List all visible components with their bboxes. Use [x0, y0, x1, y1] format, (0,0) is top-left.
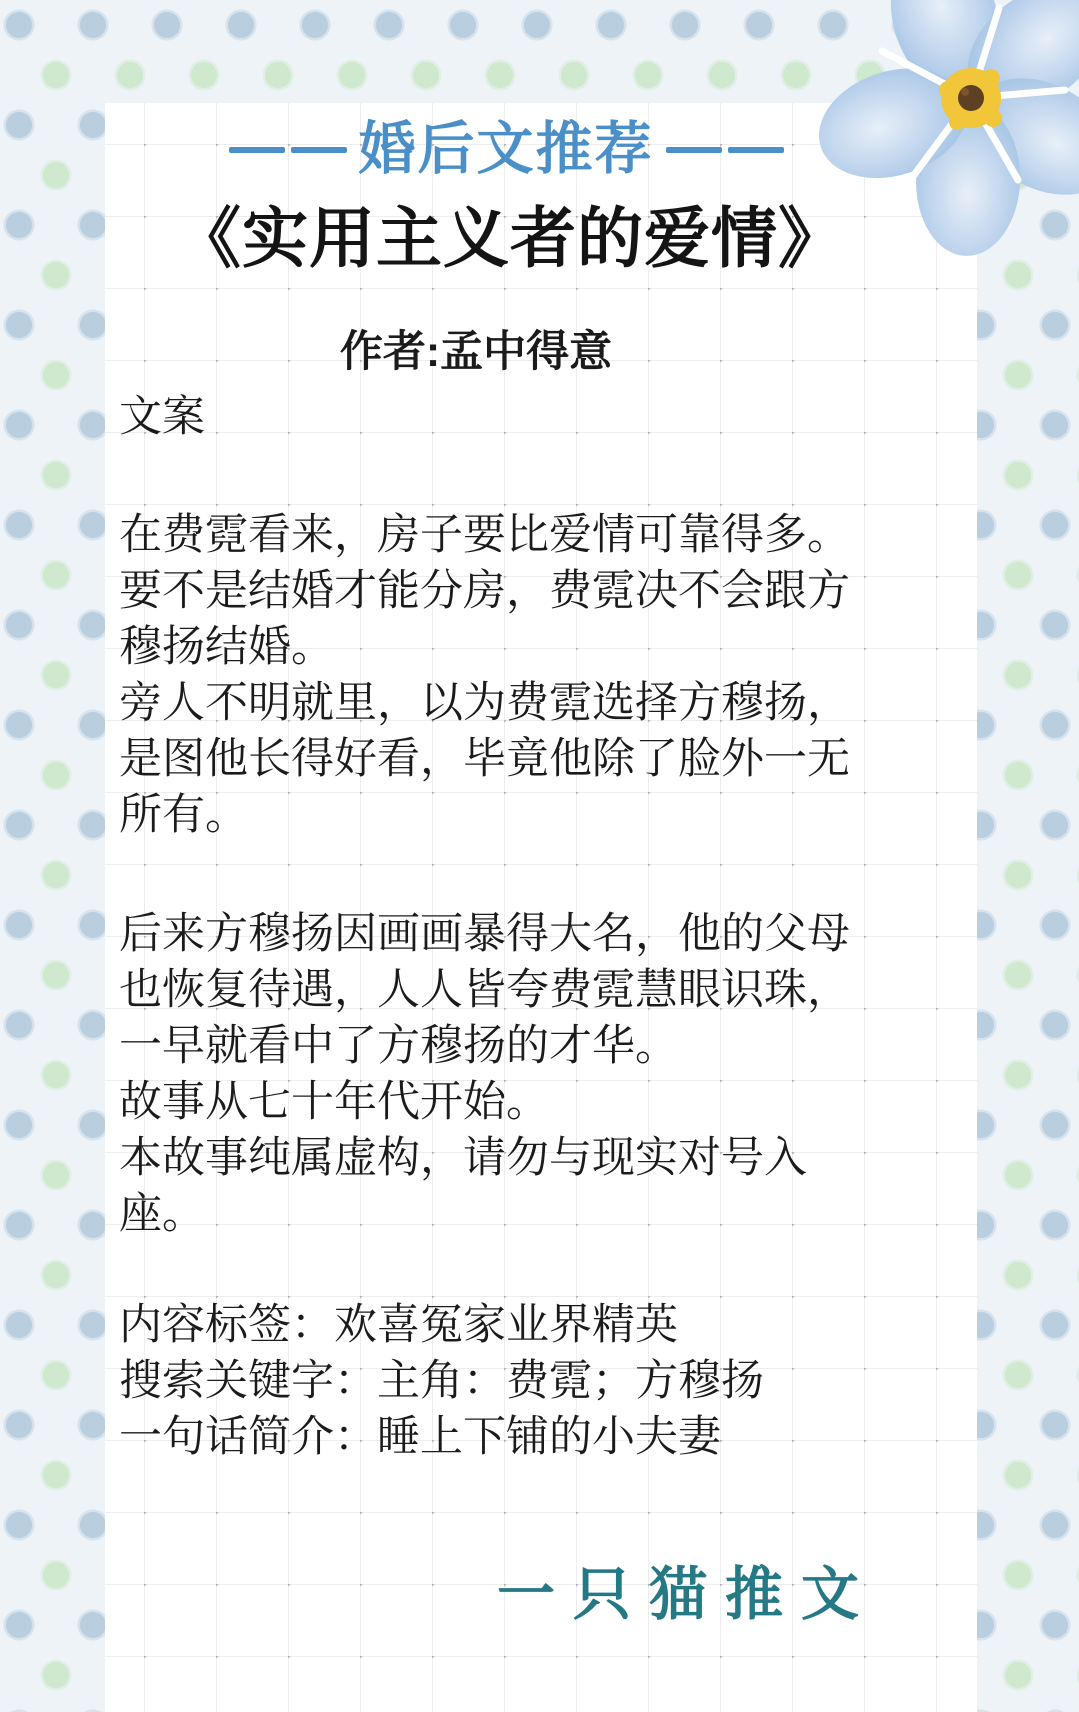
one-line-summary: 一句话简介：睡上下铺的小夫妻: [119, 1409, 977, 1465]
synopsis-line: 后来方穆扬因画画暴得大名，他的父母: [119, 906, 977, 962]
content-tags-line: 内容标签：欢喜冤家业界精英: [119, 1297, 977, 1353]
synopsis-paragraph-2: 后来方穆扬因画画暴得大名，他的父母 也恢复待遇，人人皆夸费霓慧眼识珠， 一早就看…: [105, 906, 977, 1242]
synopsis-paragraph-1: 在费霓看来，房子要比爱情可靠得多。 要不是结婚才能分房，费霓决不会跟方 穆扬结婚…: [105, 507, 977, 843]
synopsis-line: 所有。: [119, 787, 977, 843]
synopsis-line: 座。: [119, 1186, 977, 1242]
header-dash-left-inner: [291, 147, 347, 153]
flower-illustration: [819, 0, 1079, 262]
synopsis-line: 穆扬结婚。: [119, 619, 977, 675]
synopsis-line: 在费霓看来，房子要比爱情可靠得多。: [119, 507, 977, 563]
synopsis-line: 也恢复待遇，人人皆夸费霓慧眼识珠，: [119, 962, 977, 1018]
category-header-label: 婚后文推荐: [355, 117, 658, 183]
synopsis-line: 故事从七十年代开始。: [119, 1074, 977, 1130]
synopsis-line: 旁人不明就里，以为费霓选择方穆扬，: [119, 675, 977, 731]
search-keywords-line: 搜索关键字：主角：费霓；方穆扬: [119, 1353, 977, 1409]
meta-tags-block: 内容标签：欢喜冤家业界精英 搜索关键字：主角：费霓；方穆扬 一句话简介：睡上下铺…: [105, 1297, 977, 1465]
book-author: 作者:孟中得意: [105, 327, 977, 377]
recommendation-card: 婚后文推荐 《实用主义者的爱情》 作者:孟中得意 文案 在费霓看来，房子要比爱情…: [105, 103, 977, 1712]
recommender-signature: 一只猫推文: [105, 1560, 977, 1630]
synopsis-line: 是图他长得好看，毕竟他除了脸外一无: [119, 731, 977, 787]
header-dash-right-inner: [666, 147, 722, 153]
poster-page: { "header": { "label": "婚后文推荐", "flankin…: [0, 0, 1079, 1712]
synopsis-label: 文案: [105, 389, 977, 445]
synopsis-line: 本故事纯属虚构，请勿与现实对号入: [119, 1130, 977, 1186]
synopsis-line: 一早就看中了方穆扬的才华。: [119, 1018, 977, 1074]
header-dash-left-outer: [229, 147, 285, 153]
header-dash-right-outer: [728, 147, 784, 153]
synopsis-line: 要不是结婚才能分房，费霓决不会跟方: [119, 563, 977, 619]
